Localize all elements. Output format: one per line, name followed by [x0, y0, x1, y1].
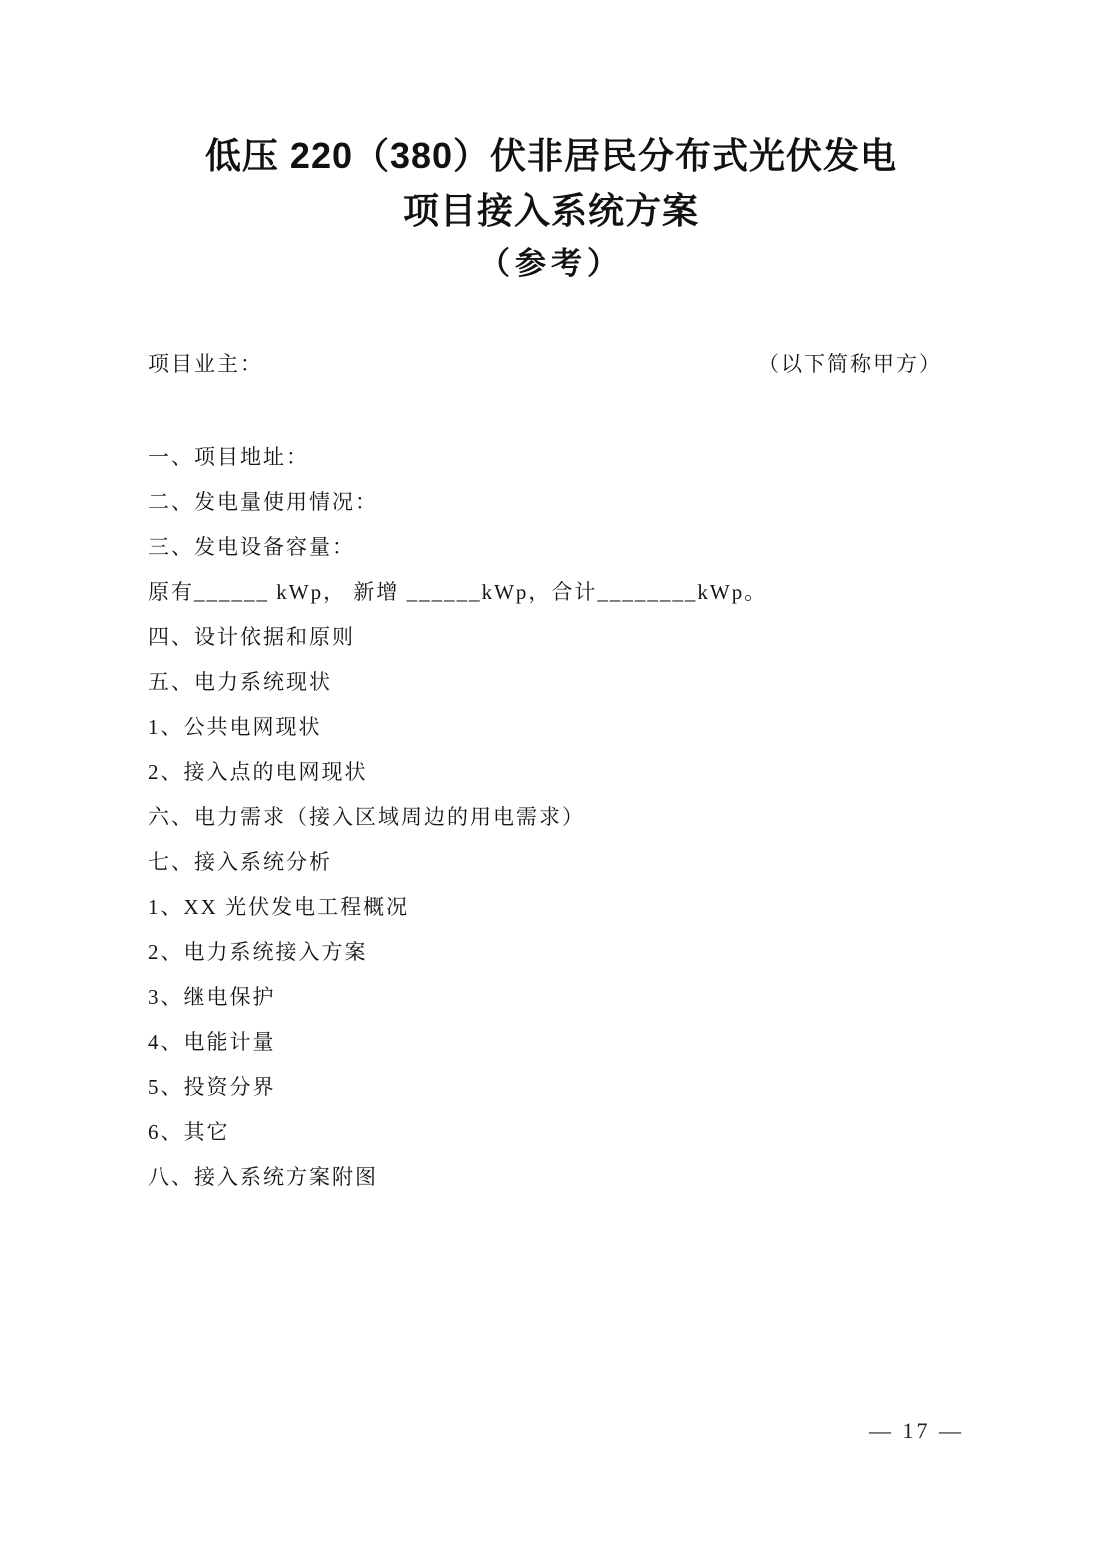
outline-item-attached-drawing: 八、接入系统方案附图 — [148, 1155, 952, 1200]
outline-item-pv-project-overview: 1、XX 光伏发电工程概况 — [148, 885, 952, 930]
outline-item-equipment-capacity: 三、发电设备容量： — [148, 525, 952, 570]
outline-item-relay-protection: 3、继电保护 — [148, 975, 952, 1020]
outline-item-other: 6、其它 — [148, 1110, 952, 1155]
outline-list: 一、项目地址： 二、发电量使用情况： 三、发电设备容量： 原有______ kW… — [148, 435, 952, 1200]
outline-item-investment-boundary: 5、投资分界 — [148, 1065, 952, 1110]
outline-item-design-basis: 四、设计依据和原则 — [148, 615, 952, 660]
document-title-line2: 项目接入系统方案 — [0, 183, 1102, 238]
project-owner-row: 项目业主： （以下简称甲方） — [148, 342, 942, 387]
title-block: 低压 220（380）伏非居民分布式光伏发电 项目接入系统方案 （参考） — [0, 0, 1102, 290]
party-a-note: （以下简称甲方） — [758, 342, 942, 387]
project-owner-label: 项目业主： — [148, 342, 263, 387]
outline-item-access-plan: 2、电力系统接入方案 — [148, 930, 952, 975]
outline-item-generation-usage: 二、发电量使用情况： — [148, 480, 952, 525]
outline-item-access-point-grid-status: 2、接入点的电网现状 — [148, 750, 952, 795]
outline-item-public-grid-status: 1、公共电网现状 — [148, 705, 952, 750]
document-page: 低压 220（380）伏非居民分布式光伏发电 项目接入系统方案 （参考） 项目业… — [0, 0, 1102, 1559]
outline-item-power-system-status: 五、电力系统现状 — [148, 660, 952, 705]
outline-item-power-demand: 六、电力需求（接入区域周边的用电需求） — [148, 795, 952, 840]
page-number: — 17 — — [869, 1418, 964, 1444]
outline-item-energy-metering: 4、电能计量 — [148, 1020, 952, 1065]
document-title-line1: 低压 220（380）伏非居民分布式光伏发电 — [0, 128, 1102, 183]
outline-item-project-address: 一、项目地址： — [148, 435, 952, 480]
outline-item-access-system-analysis: 七、接入系统分析 — [148, 840, 952, 885]
document-subtitle: （参考） — [0, 238, 1102, 290]
outline-item-capacity-blanks: 原有______ kWp， 新增 ______kWp，合计________kWp… — [148, 570, 952, 615]
